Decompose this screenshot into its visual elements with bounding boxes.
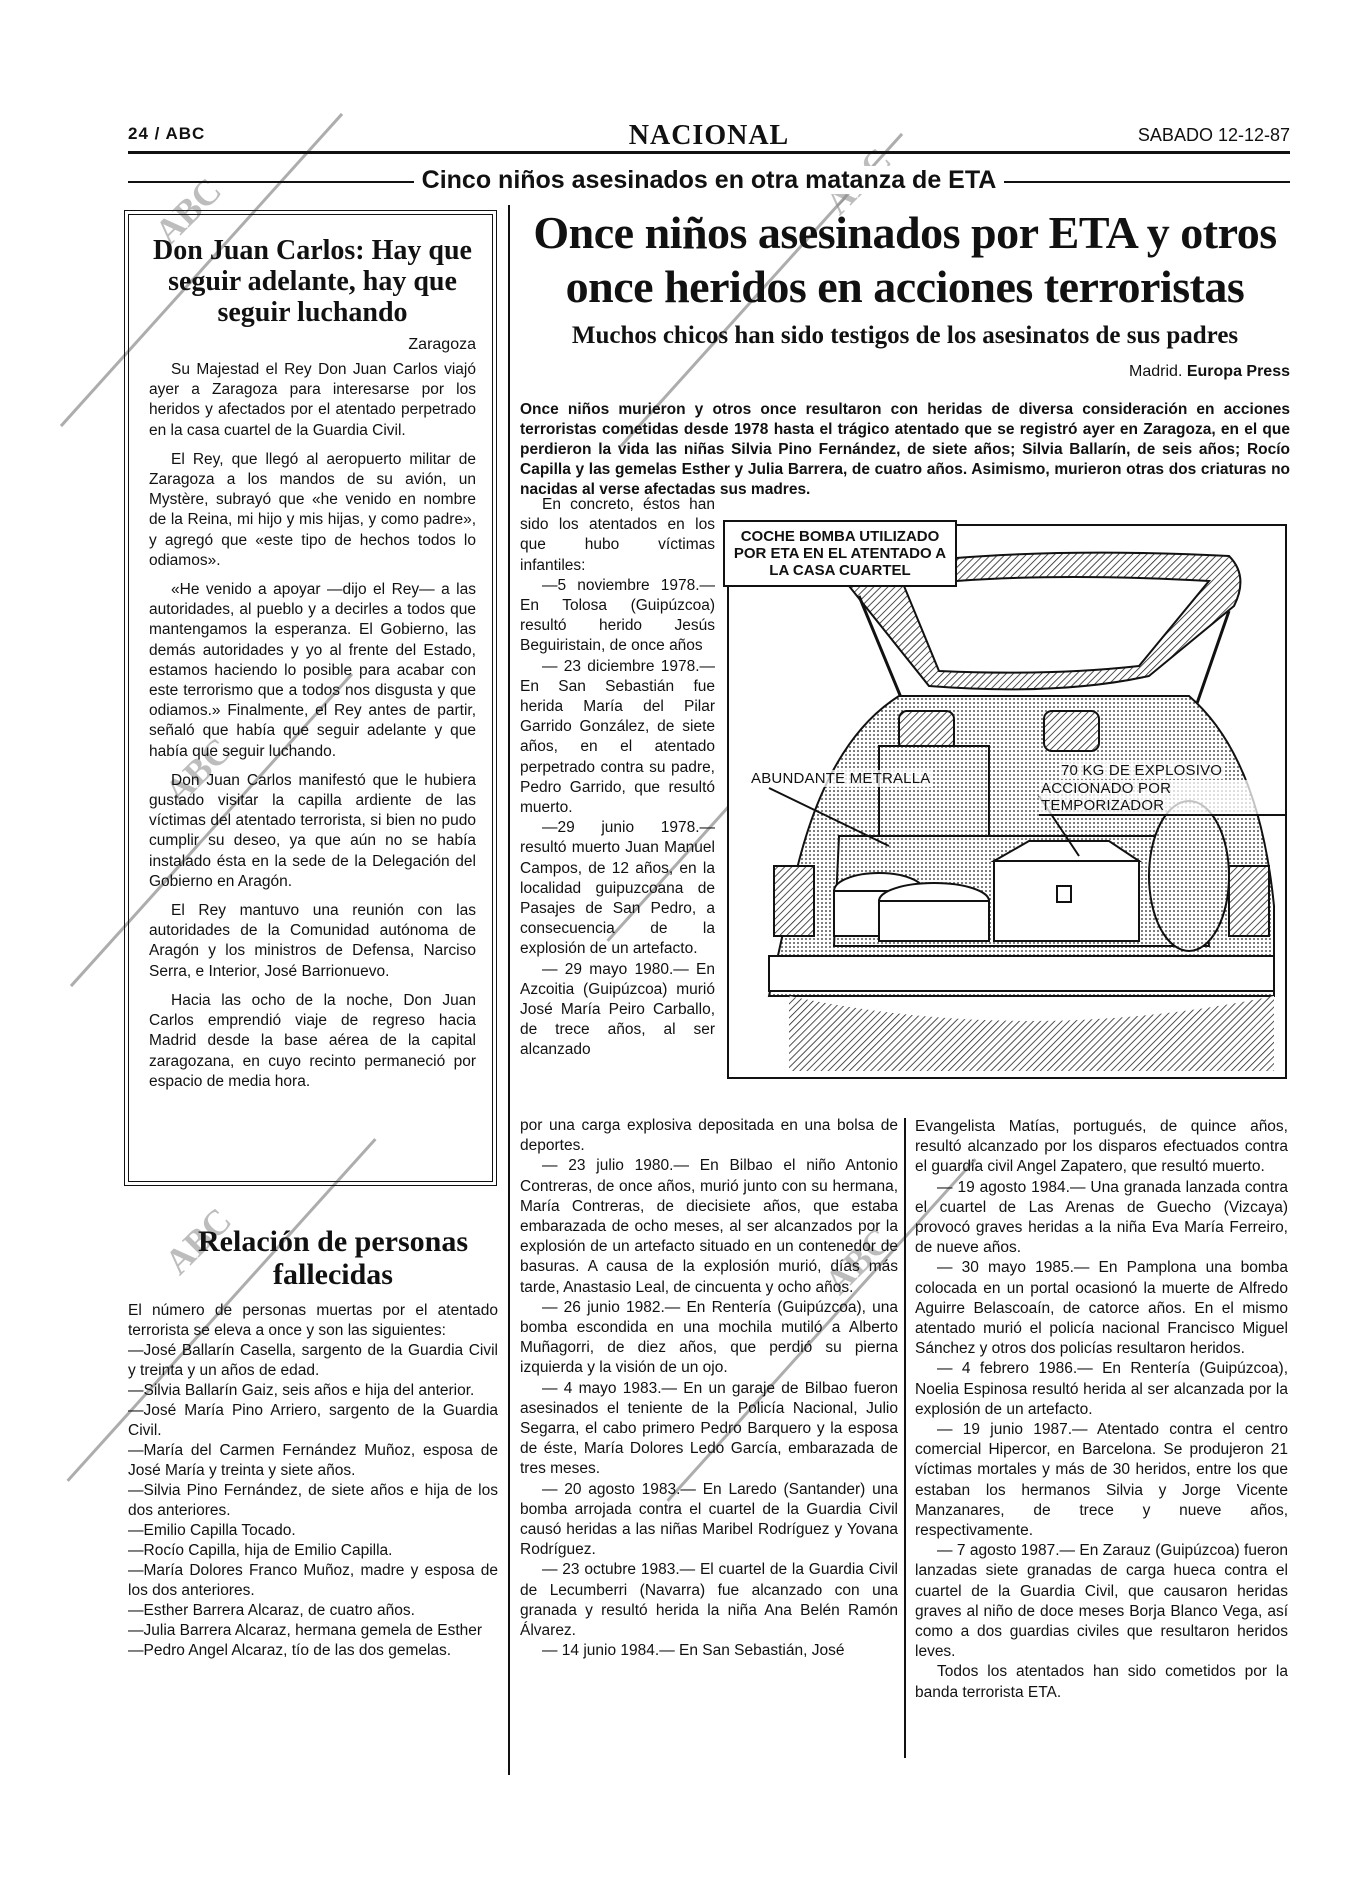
list-item: —Pedro Angel Alcaraz, tío de las dos gem… bbox=[128, 1641, 498, 1661]
column-divider bbox=[904, 1118, 906, 1758]
column-divider bbox=[508, 205, 510, 1775]
list-item: —Silvia Pino Fernández, de siete años e … bbox=[128, 1481, 498, 1521]
list-item: —Julia Barrera Alcaraz, hermana gemela d… bbox=[128, 1621, 498, 1641]
issue-date: SABADO 12-12-87 bbox=[1138, 125, 1290, 146]
article-paragraph: —29 junio 1978.— resultó muerto Juan Man… bbox=[520, 818, 715, 959]
sidebar-article: Don Juan Carlos: Hay que seguir adelante… bbox=[128, 214, 493, 1182]
source-agency: Europa Press bbox=[1187, 363, 1290, 380]
explosive-label-line2: ACCIONADO POR TEMPORIZADOR bbox=[1039, 780, 1285, 816]
victims-list-intro: El número de personas muertas por el ate… bbox=[128, 1301, 498, 1341]
victims-list: —José Ballarín Casella, sargento de la G… bbox=[128, 1341, 498, 1661]
article-paragraph: — 4 mayo 1983.— En un garaje de Bilbao f… bbox=[520, 1379, 898, 1480]
sidebar-paragraph: El Rey, que llegó al aeropuerto militar … bbox=[149, 450, 476, 571]
sidebar-paragraph: El Rey mantuvo una reunión con las autor… bbox=[149, 901, 476, 982]
wide-column: por una carga explosiva depositada en un… bbox=[520, 1116, 898, 1661]
article-paragraph: — 23 diciembre 1978.— En San Sebastián f… bbox=[520, 657, 715, 819]
article-paragraph: — 19 agosto 1984.— Una granada lanzada c… bbox=[915, 1178, 1288, 1259]
list-item: —Emilio Capilla Tocado. bbox=[128, 1521, 498, 1541]
victims-list-headline: Relación de personas fallecidas bbox=[128, 1225, 498, 1291]
list-item: —José Ballarín Casella, sargento de la G… bbox=[128, 1341, 498, 1381]
article-paragraph: — 7 agosto 1987.— En Zarauz (Guipúzcoa) … bbox=[915, 1541, 1288, 1662]
article-paragraph: — 30 mayo 1985.— En Pamplona una bomba c… bbox=[915, 1258, 1288, 1359]
article-paragraph: — 26 junio 1982.— En Rentería (Guipúzcoa… bbox=[520, 1298, 898, 1379]
sidebar-paragraph: Su Majestad el Rey Don Juan Carlos viajó… bbox=[149, 360, 476, 441]
source-place: Madrid. bbox=[1129, 363, 1182, 380]
sidebar-paragraph: Hacia las ocho de la noche, Don Juan Car… bbox=[149, 991, 476, 1092]
third-column: Evangelista Matías, portugués, de quince… bbox=[915, 1117, 1288, 1703]
shrapnel-label: ABUNDANTE METRALLA bbox=[749, 770, 932, 787]
masthead-rule bbox=[128, 151, 1290, 154]
article-paragraph: — 4 febrero 1986.— En Rentería (Guipúzco… bbox=[915, 1359, 1288, 1420]
article-paragraph: — 14 junio 1984.— En San Sebastián, José bbox=[520, 1641, 898, 1661]
kicker-row: Cinco niños asesinados en otra matanza d… bbox=[128, 166, 1290, 196]
list-item: —María del Carmen Fernández Muñoz, espos… bbox=[128, 1441, 498, 1481]
page-masthead: 24 / ABC NACIONAL SABADO 12-12-87 bbox=[128, 120, 1290, 150]
sidebar-headline: Don Juan Carlos: Hay que seguir adelante… bbox=[149, 235, 476, 328]
sidebar-paragraph: Don Juan Carlos manifestó que le hubiera… bbox=[149, 771, 476, 892]
article-paragraph: — 19 junio 1987.— Atentado contra el cen… bbox=[915, 1420, 1288, 1541]
explosive-label-line1: 70 KG DE EXPLOSIVO bbox=[1059, 762, 1224, 779]
article-paragraph: Evangelista Matías, portugués, de quince… bbox=[915, 1117, 1288, 1178]
main-subheadline: Muchos chicos han sido testigos de los a… bbox=[520, 322, 1290, 350]
article-source: Madrid. Europa Press bbox=[520, 363, 1290, 381]
illustration-caption: COCHE BOMBA UTILIZADO POR ETA EN EL ATEN… bbox=[723, 520, 957, 587]
list-item: —José María Pino Arriero, sargento de la… bbox=[128, 1401, 498, 1441]
kicker-headline: Cinco niños asesinados en otra matanza d… bbox=[414, 166, 1005, 194]
sidebar-dateline: Zaragoza bbox=[149, 336, 476, 354]
article-paragraph: En concreto, éstos han sido los atentado… bbox=[520, 495, 715, 576]
section-title: NACIONAL bbox=[128, 120, 1290, 152]
article-paragraph: — 29 mayo 1980.— En Azcoitia (Guipúzcoa)… bbox=[520, 960, 715, 1061]
list-item: —Esther Barrera Alcaraz, de cuatro años. bbox=[128, 1601, 498, 1621]
list-item: —María Dolores Franco Muñoz, madre y esp… bbox=[128, 1561, 498, 1601]
list-item: —Silvia Ballarín Gaiz, seis años e hija … bbox=[128, 1381, 498, 1401]
article-paragraph: Todos los atentados han sido cometidos p… bbox=[915, 1662, 1288, 1702]
victims-list-article: Relación de personas fallecidas El númer… bbox=[128, 1225, 498, 1661]
sidebar-paragraph: «He venido a apoyar —dijo el Rey— a las … bbox=[149, 580, 476, 762]
article-paragraph: por una carga explosiva depositada en un… bbox=[520, 1116, 898, 1156]
list-item: —Rocío Capilla, hija de Emilio Capilla. bbox=[128, 1541, 498, 1561]
article-paragraph: —5 noviembre 1978.— En Tolosa (Guipúzcoa… bbox=[520, 576, 715, 657]
article-lead: Once niños murieron y otros once resulta… bbox=[520, 400, 1290, 501]
article-paragraph: — 23 julio 1980.— En Bilbao el niño Anto… bbox=[520, 1156, 898, 1297]
car-bomb-illustration: COCHE BOMBA UTILIZADO POR ETA EN EL ATEN… bbox=[727, 524, 1287, 1079]
narrow-column: En concreto, éstos han sido los atentado… bbox=[520, 495, 715, 1061]
article-paragraph: — 23 octubre 1983.— El cuartel de la Gua… bbox=[520, 1560, 898, 1641]
article-paragraph: — 20 agosto 1983.— En Laredo (Santander)… bbox=[520, 1480, 898, 1561]
main-headline: Once niños asesinados por ETA y otros on… bbox=[520, 206, 1290, 314]
